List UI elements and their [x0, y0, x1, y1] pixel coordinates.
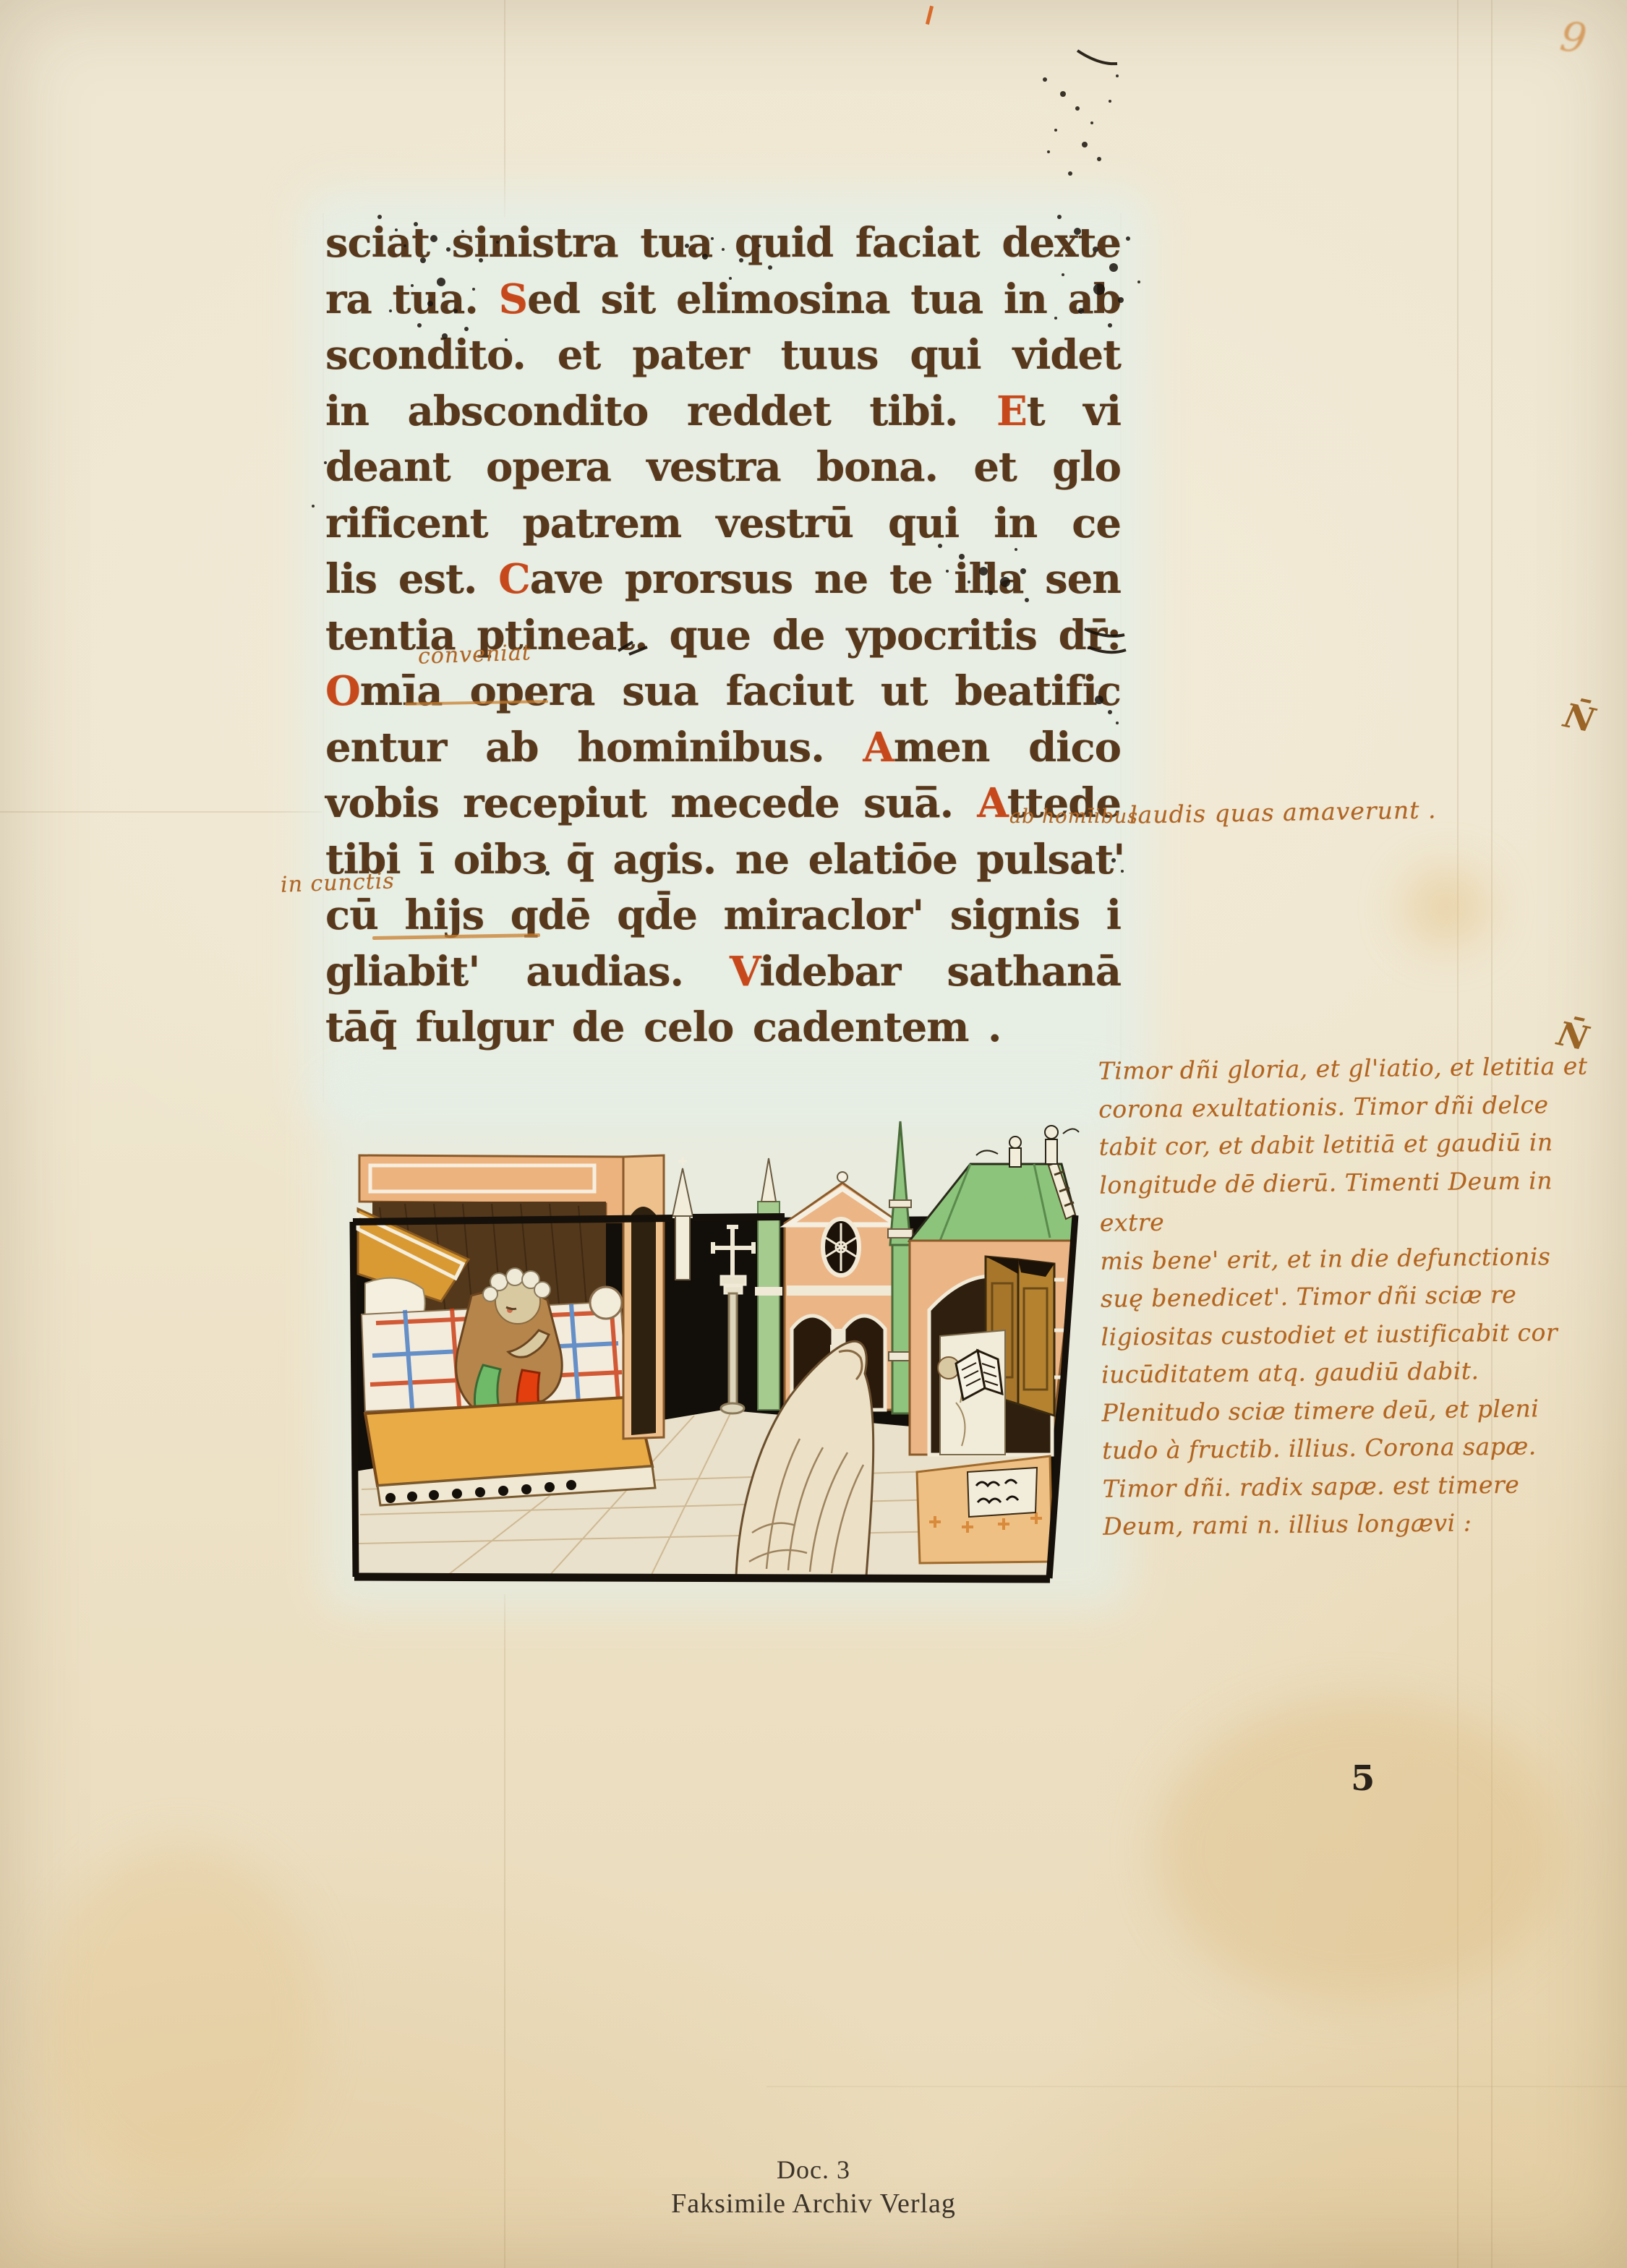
- manuscript-page: sciat sinistra tua quid faciat dextera t…: [0, 0, 1627, 2268]
- ink-spatter: [0, 0, 1627, 2268]
